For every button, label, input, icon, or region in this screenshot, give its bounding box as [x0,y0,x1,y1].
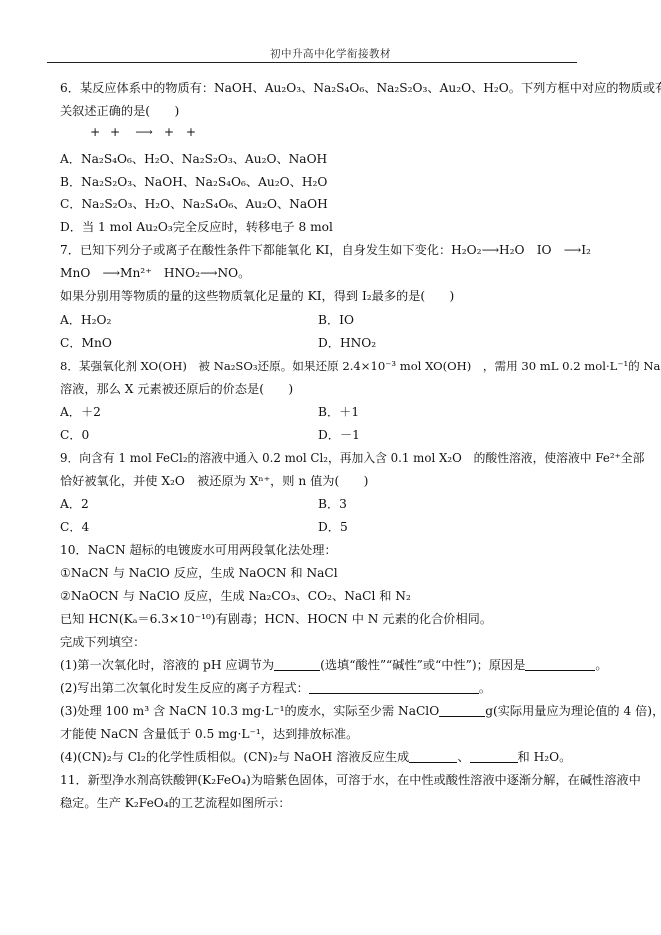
q9-stem-line1: 9．向含有 1 mol FeCl₂的溶液中通入 0.2 mol Cl₂，再加入含… [60,450,644,466]
header-divider [47,62,577,63]
q10-subquestion-3: (3)处理 100 m³ 含 NaCN 10.3 mg·L⁻¹的废水，实际至少需… [60,703,661,719]
q10-fill-instruction: 完成下列填空： [60,634,145,650]
q6-equation-template: ++⟶++ [90,124,202,140]
q9-option-b: B．3 [318,496,347,512]
q8-option-c: C．0 [60,427,89,443]
q10-stem-line1: 10．NaCN 超标的电镀废水可用两段氧化法处理： [60,542,337,558]
answer-blank-reason[interactable] [525,658,595,671]
q9-stem-line2: 恰好被氧化，并使 X₂O 被还原为 Xⁿ⁺，则 n 值为( ) [60,473,368,489]
q11-stem-line1: 11．新型净水剂高铁酸钾(K₂FeO₄)为暗紫色固体，可溶于水，在中性或酸性溶液… [60,772,641,788]
q10-step1: ①NaCN 与 NaClO 反应，生成 NaOCN 和 NaCl [60,565,338,581]
q6-option-a: A．Na₂S₄O₆、H₂O、Na₂S₂O₃、Au₂O、NaOH [60,151,327,167]
q11-stem-line2: 稳定。生产 K₂FeO₄的工艺流程如图所示： [60,795,291,811]
q8-stem-line2: 溶液，那么 X 元素被还原后的价态是( ) [60,381,293,397]
q7-stem-line1: 7．已知下列分子或离子在酸性条件下都能氧化 KI，自身发生如下变化：H₂O₂⟶H… [60,242,591,258]
q7-stem-line2: MnO ⟶Mn²⁺ HNO₂⟶NO。 [60,265,250,281]
q6-option-b: B．Na₂S₂O₃、NaOH、Na₂S₄O₆、Au₂O、H₂O [60,174,327,190]
q10-subquestion-2: (2)写出第二次氧化时发生反应的离子方程式：。 [60,680,491,696]
q6-stem-line2: 关叙述正确的是( ) [60,103,179,119]
q8-option-b: B．＋1 [318,404,359,420]
q10-subquestion-3-line2: 才能使 NaCN 含量低于 0.5 mg·L⁻¹，达到排放标准。 [60,726,358,742]
q7-option-a: A．H₂O₂ [60,312,111,328]
q10-known-info: 已知 HCN(Kₐ＝6.3×10⁻¹⁰)有剧毒；HCN、HOCN 中 N 元素的… [60,611,492,627]
q10-subquestion-1: (1)第一次氧化时，溶液的 pH 应调节为(选填“酸性”“碱性”或“中性”)；原… [60,657,608,673]
page-header-title: 初中升高中化学衔接教材 [0,46,661,61]
q8-option-a: A．＋2 [60,404,101,420]
answer-blank-product-1[interactable] [409,750,457,763]
q7-stem-line3: 如果分别用等物质的量的这些物质氧化足量的 KI，得到 I₂最多的是( ) [60,288,454,304]
q10-step2: ②NaOCN 与 NaClO 反应，生成 Na₂CO₃、CO₂、NaCl 和 N… [60,588,411,604]
q8-option-d: D．－1 [318,427,360,443]
q7-option-b: B．IO [318,312,354,328]
q8-stem-line1: 8．某强氧化剂 XO(OH) 被 Na₂SO₃还原。如果还原 2.4×10⁻³ … [60,358,661,374]
q10-subquestion-4: (4)(CN)₂与 Cl₂的化学性质相似。(CN)₂与 NaOH 溶液反应生成、… [60,749,571,765]
reaction-arrow-icon: ⟶ [132,124,158,140]
answer-blank-product-2[interactable] [470,750,518,763]
q7-option-d: D．HNO₂ [318,335,376,351]
q6-option-c: C．Na₂S₂O₃、H₂O、Na₂S₄O₆、Au₂O、NaOH [60,196,328,212]
q6-stem-line1: 6．某反应体系中的物质有：NaOH、Au₂O₃、Na₂S₄O₆、Na₂S₂O₃、… [60,80,661,96]
q9-option-d: D．5 [318,519,348,535]
q9-option-a: A．2 [60,496,89,512]
q6-option-d: D．当 1 mol Au₂O₃完全反应时，转移电子 8 mol [60,219,333,235]
q9-option-c: C．4 [60,519,89,535]
answer-blank-ph[interactable] [274,658,320,671]
answer-blank-naclo-mass[interactable] [439,704,485,717]
answer-blank-ionic-equation[interactable] [309,681,479,694]
q7-option-c: C．MnO [60,335,112,351]
